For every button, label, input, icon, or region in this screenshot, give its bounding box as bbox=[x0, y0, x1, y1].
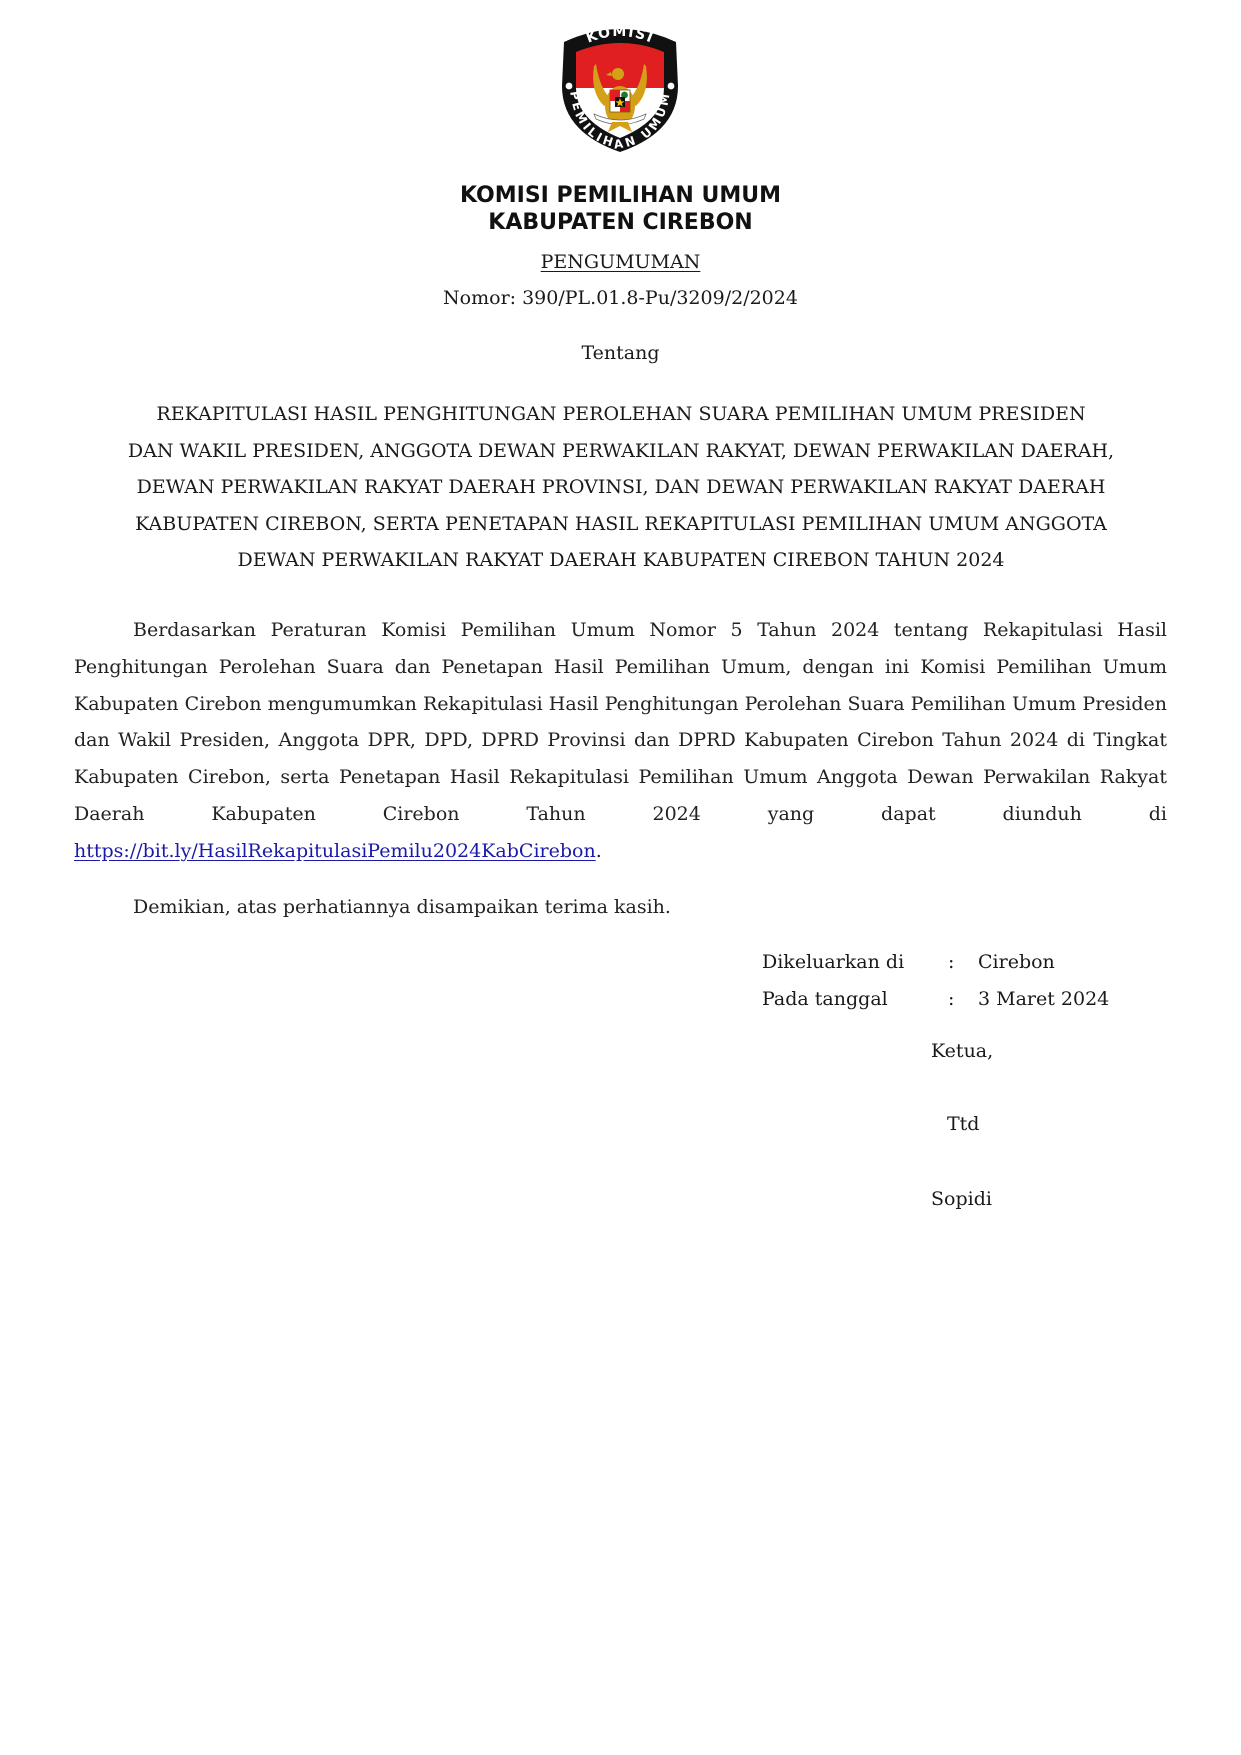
signatory-name: Sopidi bbox=[0, 1188, 1241, 1210]
about-label: Tentang bbox=[0, 342, 1241, 364]
subject-line: DEWAN PERWAKILAN RAKYAT DAERAH PROVINSI,… bbox=[74, 469, 1168, 506]
issued-date-label: Pada tanggal bbox=[762, 981, 948, 1018]
issued-place-row: Dikeluarkan di : Cirebon bbox=[762, 944, 1109, 981]
org-name-line2: KABUPATEN CIREBON bbox=[0, 210, 1241, 235]
signature-mark: Ttd bbox=[0, 1113, 1241, 1135]
org-name-line1: KOMISI PEMILIHAN UMUM bbox=[0, 183, 1241, 208]
body-paragraph: Berdasarkan Peraturan Komisi Pemilihan U… bbox=[74, 612, 1167, 870]
subject-title: REKAPITULASI HASIL PENGHITUNGAN PEROLEHA… bbox=[74, 396, 1168, 579]
body-text: Berdasarkan Peraturan Komisi Pemilihan U… bbox=[74, 619, 1167, 825]
issuance-block: Dikeluarkan di : Cirebon Pada tanggal : … bbox=[762, 944, 1109, 1018]
document-number: Nomor: 390/PL.01.8-Pu/3209/2/2024 bbox=[0, 287, 1241, 309]
subject-line: DEWAN PERWAKILAN RAKYAT DAERAH KABUPATEN… bbox=[74, 542, 1168, 579]
issued-place-label: Dikeluarkan di bbox=[762, 944, 948, 981]
subject-line: DAN WAKIL PRESIDEN, ANGGOTA DEWAN PERWAK… bbox=[74, 433, 1168, 470]
colon: : bbox=[948, 981, 978, 1018]
issued-place-value: Cirebon bbox=[978, 944, 1055, 981]
issued-date-row: Pada tanggal : 3 Maret 2024 bbox=[762, 981, 1109, 1018]
document-page: KOMISI PEMILIHAN UMUM KOMISI PEMILIHAN U… bbox=[0, 0, 1241, 1755]
colon: : bbox=[948, 944, 978, 981]
body-period: . bbox=[596, 840, 602, 862]
kpu-logo-icon: KOMISI PEMILIHAN UMUM bbox=[556, 22, 684, 156]
signatory-role: Ketua, bbox=[0, 1040, 1241, 1062]
closing-paragraph: Demikian, atas perhatiannya disampaikan … bbox=[133, 889, 671, 926]
document-type: PENGUMUMAN bbox=[0, 251, 1241, 273]
subject-line: KABUPATEN CIREBON, SERTA PENETAPAN HASIL… bbox=[74, 506, 1168, 543]
download-link[interactable]: https://bit.ly/HasilRekapitulasiPemilu20… bbox=[74, 840, 596, 862]
issued-date-value: 3 Maret 2024 bbox=[978, 981, 1109, 1018]
subject-line: REKAPITULASI HASIL PENGHITUNGAN PEROLEHA… bbox=[74, 396, 1168, 433]
